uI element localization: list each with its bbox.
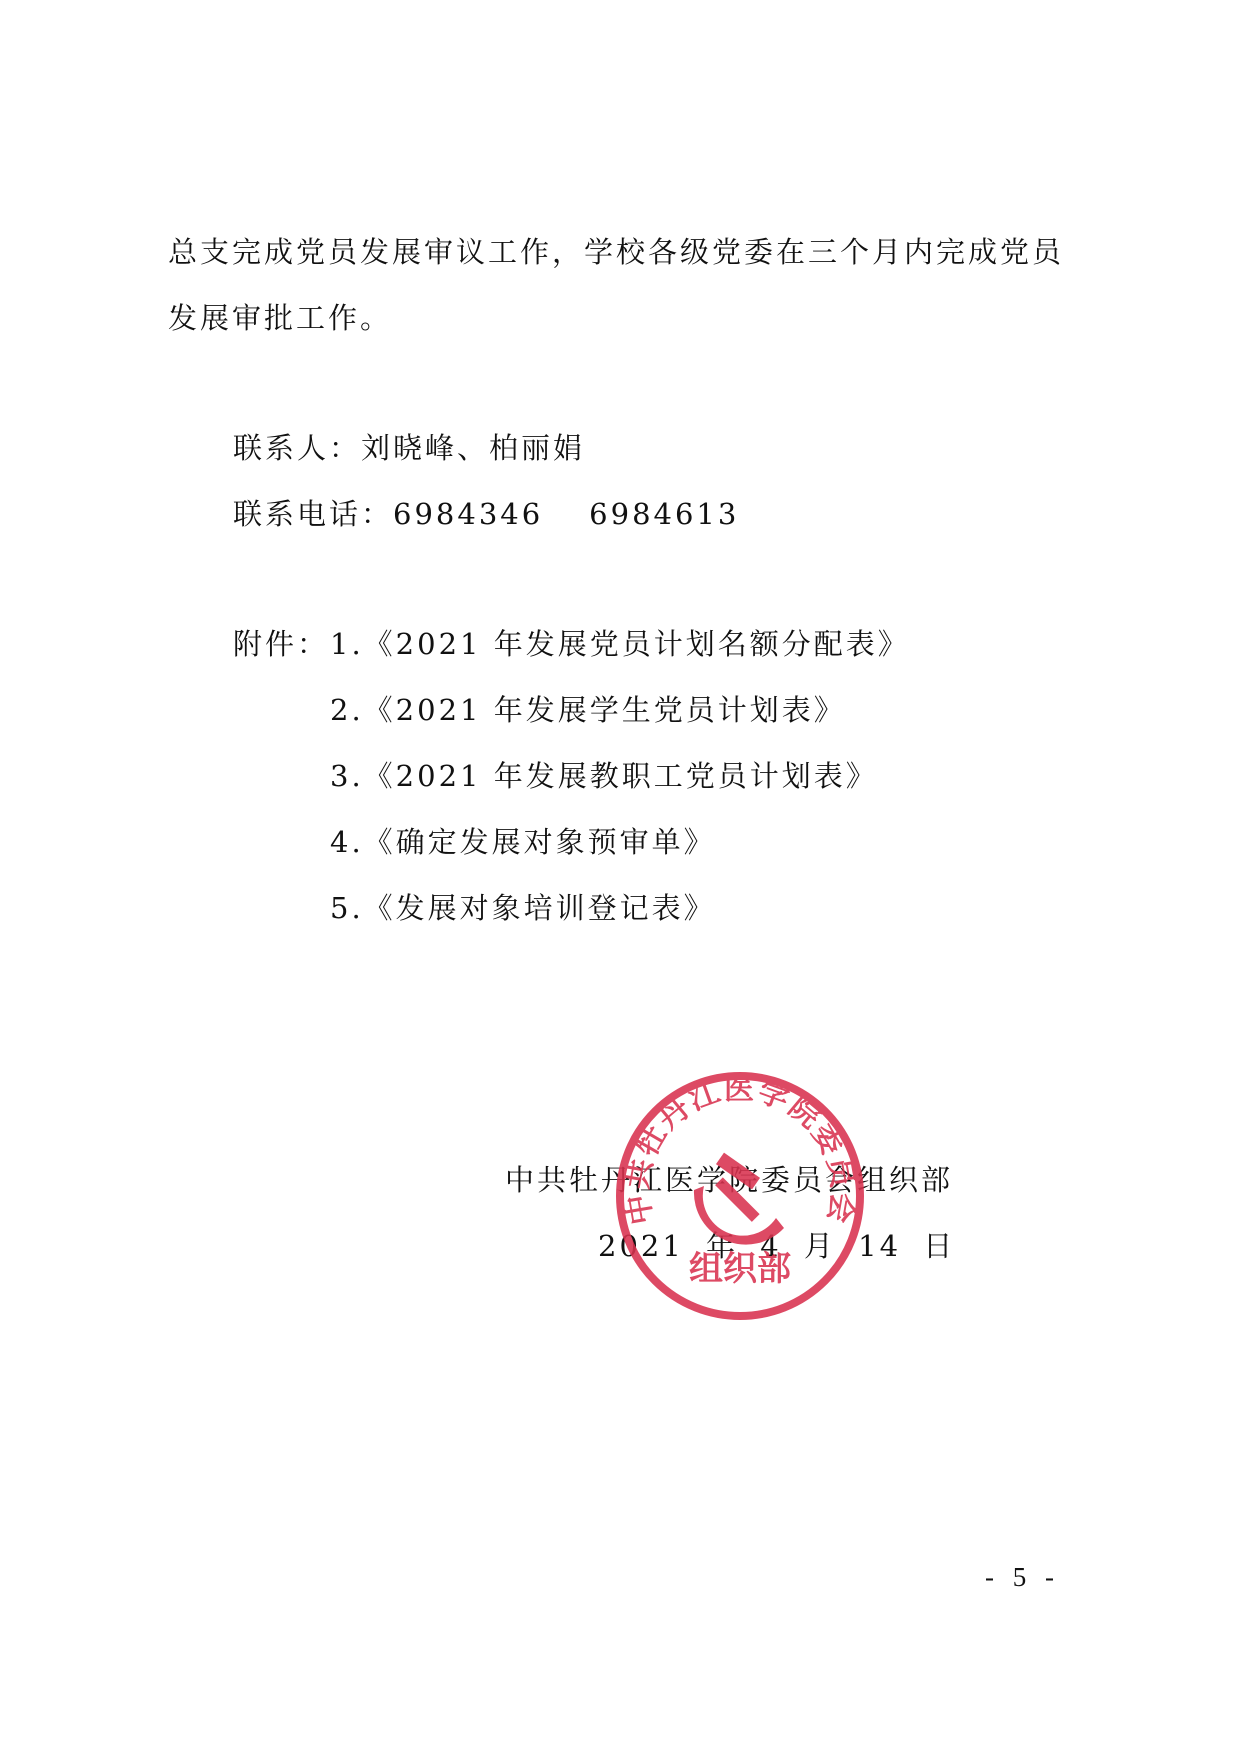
contact-person-line: 联系人：刘晓峰、柏丽娟 <box>233 428 585 468</box>
contact-person-label: 联系人： <box>233 431 361 465</box>
attachment-item-5: 5.《发展对象培训登记表》 <box>330 888 716 928</box>
hammer-sickle-icon <box>694 1153 784 1245</box>
body-paragraph-line-1: 总支完成党员发展审议工作，学校各级党委在三个月内完成党员 <box>168 232 1064 272</box>
contact-phone-label: 联系电话： <box>233 497 393 531</box>
attachment-item-4: 4.《确定发展对象预审单》 <box>330 822 716 862</box>
body-paragraph-line-2: 发展审批工作。 <box>168 298 392 338</box>
attachment-item-3: 3.《2021 年发展教职工党员计划表》 <box>330 756 878 796</box>
contact-persons: 刘晓峰、柏丽娟 <box>361 431 585 465</box>
official-seal-stamp: 中共牡丹江医学院委员会 组织部 <box>612 1068 868 1324</box>
contact-phone-line: 联系电话：69843466984613 <box>233 494 739 534</box>
contact-phone-1: 6984346 <box>393 497 543 531</box>
attachment-item-2: 2.《2021 年发展学生党员计划表》 <box>330 690 846 730</box>
page-number: - 5 - <box>985 1562 1060 1593</box>
contact-phone-2: 6984613 <box>589 497 739 531</box>
attachments-label: 附件： <box>233 624 329 664</box>
seal-bottom-text: 组织部 <box>689 1249 791 1289</box>
attachment-item-1: 1.《2021 年发展党员计划名额分配表》 <box>330 624 910 664</box>
